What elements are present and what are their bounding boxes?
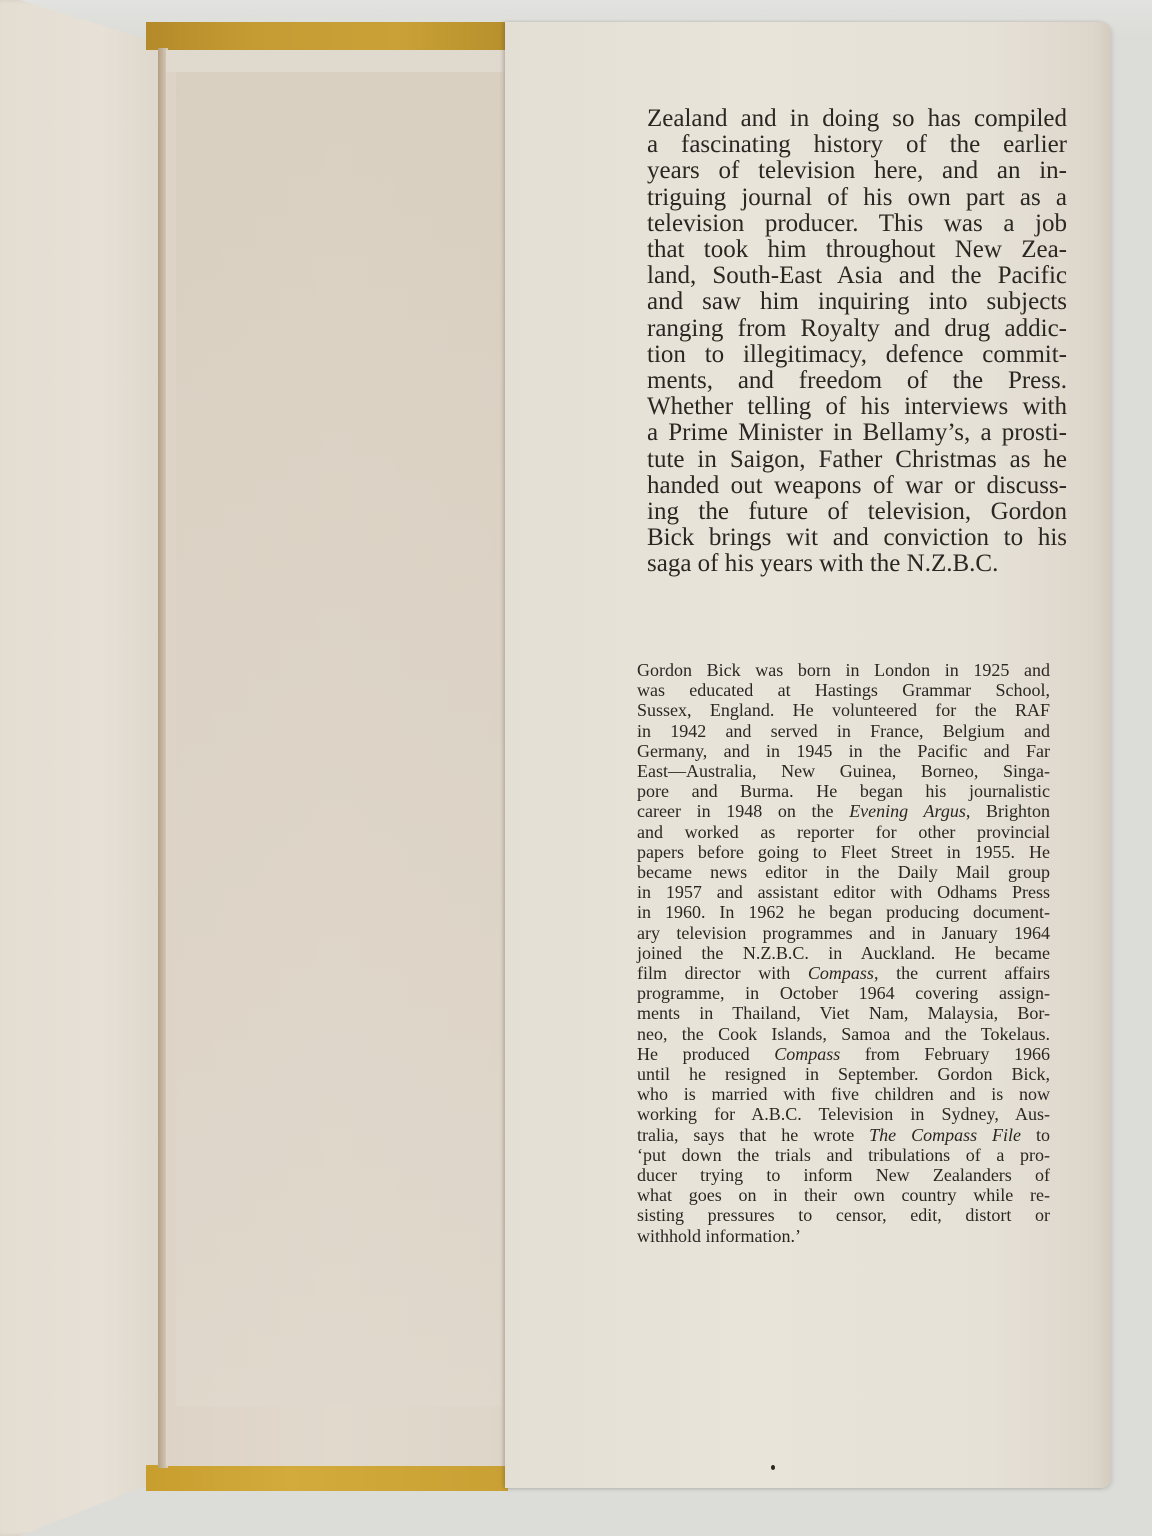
bio-line: ducer trying to inform New Zealanders of — [637, 1165, 1050, 1185]
board-edge-top — [146, 22, 508, 50]
blurb-line: ranging from Royalty and drug addic- — [647, 316, 1067, 342]
bio-line: Germany, and in 1945 in the Pacific and … — [637, 741, 1050, 761]
bio-line: He produced Compass from February 1966 — [637, 1044, 1050, 1064]
bio-line: and worked as reporter for other provinc… — [637, 822, 1050, 842]
blurb-line: saga of his years with the N.Z.B.C. — [647, 551, 1067, 577]
blurb-line: Bick brings wit and conviction to his — [647, 525, 1067, 551]
blurb-line: that took him throughout New Zea- — [647, 237, 1067, 263]
bio-line: ary television programmes and in January… — [637, 923, 1050, 943]
bio-line: East—Australia, New Guinea, Borneo, Sing… — [637, 761, 1050, 781]
bio-line: papers before going to Fleet Street in 1… — [637, 842, 1050, 862]
bio-line: withhold information.’ — [637, 1226, 1050, 1246]
blurb-line: years of television here, and an in- — [647, 158, 1067, 184]
blurb-line: Whether telling of his interviews with — [647, 394, 1067, 420]
jacket-flap: Zealand and in doing so has compileda fa… — [505, 22, 1111, 1488]
bio-line: neo, the Cook Islands, Samoa and the Tok… — [637, 1024, 1050, 1044]
bio-line: career in 1948 on the Evening Argus, Bri… — [637, 801, 1050, 821]
bio-line: working for A.B.C. Television in Sydney,… — [637, 1104, 1050, 1124]
bio-line: tralia, says that he wrote The Compass F… — [637, 1125, 1050, 1145]
bio-line: joined the N.Z.B.C. in Auckland. He beca… — [637, 943, 1050, 963]
bio-line: pore and Burma. He began his journalisti… — [637, 781, 1050, 801]
author-bio-text: Gordon Bick was born in London in 1925 a… — [637, 660, 1050, 1246]
bio-line: in 1942 and served in France, Belgium an… — [637, 721, 1050, 741]
endpaper-panel — [166, 50, 506, 1466]
bio-line: film director with Compass, the current … — [637, 963, 1050, 983]
bio-line: Gordon Bick was born in London in 1925 a… — [637, 660, 1050, 680]
bio-line: became news editor in the Daily Mail gro… — [637, 862, 1050, 882]
endpaper-discoloration — [176, 72, 502, 1406]
bio-line: ments in Thailand, Viet Nam, Malaysia, B… — [637, 1003, 1050, 1023]
blurb-line: land, South-East Asia and the Pacific — [647, 263, 1067, 289]
bio-line: Sussex, England. He volunteered for the … — [637, 700, 1050, 720]
blurb-line: a fascinating history of the earlier — [647, 132, 1067, 158]
blurb-line: ments, and freedom of the Press. — [647, 368, 1067, 394]
bio-line: what goes on in their own country while … — [637, 1185, 1050, 1205]
bio-line: who is married with five children and is… — [637, 1084, 1050, 1104]
printer-mark-dot — [771, 1465, 775, 1470]
blurb-line: tute in Saigon, Father Christmas as he — [647, 447, 1067, 473]
bio-line: until he resigned in September. Gordon B… — [637, 1064, 1050, 1084]
board-edge-bottom — [146, 1465, 508, 1491]
bio-line: programme, in October 1964 covering assi… — [637, 983, 1050, 1003]
blurb-line: and saw him inquiring into subjects — [647, 289, 1067, 315]
bio-line: sisting pressures to censor, edit, disto… — [637, 1205, 1050, 1225]
blurb-text: Zealand and in doing so has compileda fa… — [647, 106, 1067, 578]
blurb-line: television producer. This was a job — [647, 211, 1067, 237]
blurb-line: tion to illegitimacy, defence commit- — [647, 342, 1067, 368]
bio-line: ‘put down the trials and tribulations of… — [637, 1145, 1050, 1165]
bio-line: in 1960. In 1962 he began producing docu… — [637, 902, 1050, 922]
bio-line: in 1957 and assistant editor with Odhams… — [637, 882, 1050, 902]
blurb-line: triguing journal of his own part as a — [647, 185, 1067, 211]
blurb-line: a Prime Minister in Bellamy’s, a prosti- — [647, 420, 1067, 446]
bio-line: was educated at Hastings Grammar School, — [637, 680, 1050, 700]
blurb-line: Zealand and in doing so has compiled — [647, 106, 1067, 132]
blurb-line: ing the future of television, Gordon — [647, 499, 1067, 525]
blurb-line: handed out weapons of war or discuss- — [647, 473, 1067, 499]
flyleaf-page — [0, 0, 168, 1536]
